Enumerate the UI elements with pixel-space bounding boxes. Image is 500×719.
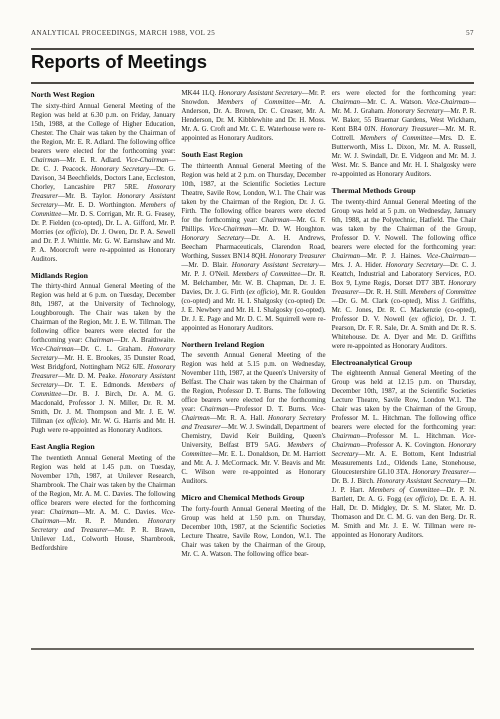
italic-run: Vice-Chairman — [426, 98, 469, 106]
section-paragraph-continued: MK44 1LQ. Honorary Assistant Secretary—M… — [181, 89, 325, 143]
italic-run: Chairman — [85, 336, 113, 344]
italic-run: Members of Committee — [217, 98, 294, 106]
italic-run: Honorary Secretary — [387, 107, 443, 115]
italic-run: Chairman — [261, 216, 289, 224]
section-paragraph: The twenty-third Annual General Meeting … — [332, 198, 476, 351]
italic-run: Honorary Treasurer — [381, 125, 439, 133]
italic-run: Honorary Assistant Secretary — [377, 477, 460, 485]
italic-run: Members of Committee — [181, 441, 325, 458]
footer-rule — [31, 648, 474, 650]
italic-run: Members of Committee — [369, 486, 440, 494]
title-rule-bottom — [31, 82, 474, 84]
page-number: 57 — [466, 29, 474, 37]
column-3: ers were elected for the forthcoming yea… — [332, 89, 476, 540]
section-paragraph-continued: ers were elected for the forthcoming yea… — [332, 89, 476, 179]
section-heading: Northern Ireland Region — [181, 340, 325, 349]
italic-run: Members of Committee — [360, 134, 432, 142]
section-heading: Electroanalytical Group — [332, 358, 476, 367]
italic-run: Honorary Secretary — [386, 261, 443, 269]
section-paragraph: The eighteenth Annual General Meeting of… — [332, 369, 476, 540]
section-paragraph: The thirty-third Annual General Meeting … — [31, 282, 175, 435]
italic-run: Chairman — [332, 252, 360, 260]
column-2: MK44 1LQ. Honorary Assistant Secretary—M… — [181, 89, 325, 559]
italic-run: Chairman — [50, 508, 78, 516]
section-heading: Thermal Methods Group — [332, 186, 476, 195]
italic-run: Members of Committee — [410, 288, 476, 296]
italic-run: Honorary Assistant Secretary — [232, 261, 319, 269]
journal-page: ANALYTICAL PROCEEDINGS, MARCH 1988, VOL … — [0, 0, 500, 719]
section-heading: Midlands Region — [31, 271, 175, 280]
italic-run: Chairman — [200, 405, 228, 413]
section-paragraph: The twentieth Annual General Meeting of … — [31, 454, 175, 553]
italic-run: Members of Committee — [233, 270, 301, 278]
section-heading: Micro and Chemical Methods Group — [181, 493, 325, 502]
italic-run: ex officio — [58, 417, 85, 425]
section-paragraph: The thirteenth Annual General Meeting of… — [181, 162, 325, 333]
running-head: ANALYTICAL PROCEEDINGS, MARCH 1988, VOL … — [31, 29, 474, 37]
title-rule-top — [31, 48, 474, 50]
italic-run: Chairman — [31, 156, 59, 164]
section-paragraph: The forty-fourth Annual General Meeting … — [181, 505, 325, 559]
italic-run: Honorary Treasurer — [412, 468, 469, 476]
text-columns: North West RegionThe sixty-third Annual … — [31, 89, 476, 559]
column-1: North West RegionThe sixty-third Annual … — [31, 89, 175, 553]
italic-run: Chairman — [332, 98, 360, 106]
italic-run: ex officio — [411, 315, 440, 323]
italic-run: Honorary Assistant Secretary — [218, 89, 301, 97]
section-heading: East Anglia Region — [31, 442, 175, 451]
italic-run: Honorary Secretary — [91, 165, 149, 173]
journal-header-text: ANALYTICAL PROCEEDINGS, MARCH 1988, VOL … — [31, 29, 215, 37]
italic-run: Chairman — [332, 432, 360, 440]
italic-run: Vice-Chairman — [209, 225, 252, 233]
section-paragraph: The seventh Annual General Meeting of th… — [181, 351, 325, 486]
italic-run: ex officio — [249, 288, 275, 296]
italic-run: Vice-Chairman — [426, 252, 469, 260]
page-title: Reports of Meetings — [31, 51, 207, 73]
section-paragraph: The sixty-third Annual General Meeting o… — [31, 102, 175, 264]
italic-run: ex officio — [406, 495, 433, 503]
section-heading: South East Region — [181, 150, 325, 159]
section-heading: North West Region — [31, 90, 175, 99]
italic-run: Honorary Treasurer — [269, 252, 326, 260]
italic-run: Vice-Chairman — [126, 156, 169, 164]
italic-run: Honorary Secretary — [181, 234, 244, 242]
italic-run: Vice-Chairman — [31, 345, 74, 353]
italic-run: ex officio — [58, 228, 84, 236]
